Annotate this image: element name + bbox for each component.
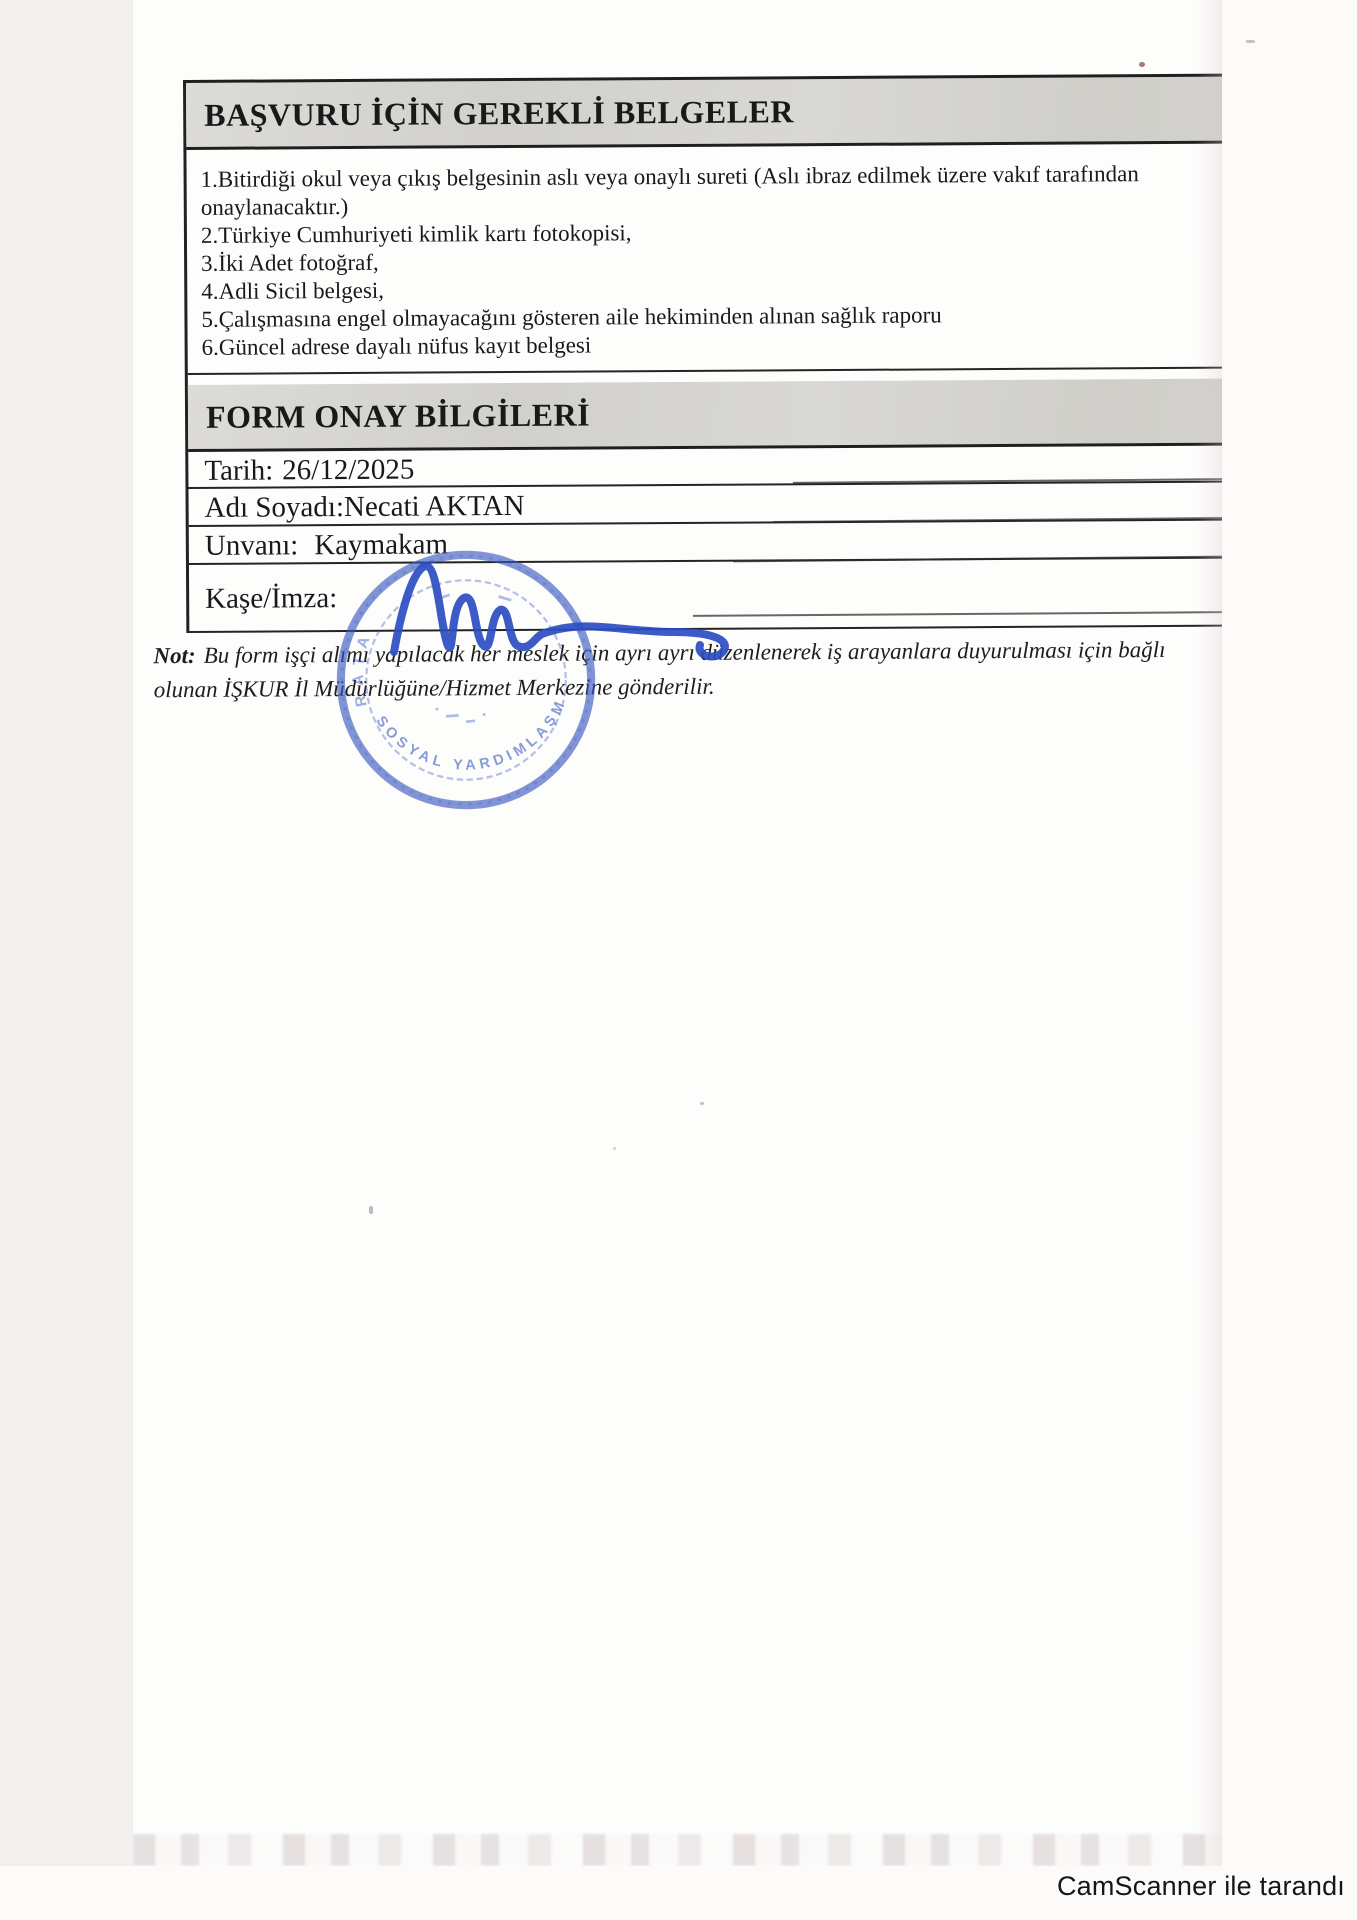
section-header-documents: BAŞVURU İÇİN GEREKLİ BELGELER: [186, 73, 1222, 150]
list-item: 6.Güncel adrese dayalı nüfus kayıt belge…: [202, 328, 1222, 362]
scan-speck: [700, 1102, 704, 1105]
scan-speck: [369, 1206, 373, 1214]
row-label: Unvanı:: [205, 529, 299, 562]
scan-speck: [1246, 40, 1255, 43]
section-title: BAŞVURU İÇİN GEREKLİ BELGELER: [204, 93, 794, 133]
row-label: Adı Soyadı:: [205, 491, 345, 524]
scanned-document: BAŞVURU İÇİN GEREKLİ BELGELER 1.Bitirdiğ…: [0, 0, 1357, 1920]
stamp-left-arc-text: RATA: [350, 626, 376, 708]
required-documents-list: 1.Bitirdiği okul veya çıkış belgesinin a…: [186, 143, 1222, 375]
footnote-label: Not:: [153, 643, 195, 668]
row-label: Tarih:: [204, 454, 273, 486]
scan-left-margin: [0, 0, 133, 1866]
row-value: 26/12/2025: [282, 454, 414, 487]
scan-bottom-shadow: [133, 1834, 1222, 1866]
row-label: Kaşe/İmza:: [205, 582, 337, 615]
svg-text:RATA: RATA: [350, 626, 376, 708]
scan-speck: [1139, 62, 1145, 67]
scan-speck: [613, 1147, 616, 1150]
section-title: FORM ONAY BİLGİLERİ: [206, 397, 590, 435]
row-value: Necati AKTAN: [344, 490, 525, 523]
camscanner-watermark: CamScanner ile tarandı: [1057, 1871, 1345, 1902]
row-date: Tarih:26/12/2025: [188, 445, 1222, 489]
section-header-approval: FORM ONAY BİLGİLERİ: [188, 378, 1222, 452]
scan-page: BAŞVURU İÇİN GEREKLİ BELGELER 1.Bitirdiğ…: [133, 0, 1222, 1866]
list-item: 1.Bitirdiği okul veya çıkış belgesinin a…: [201, 160, 1222, 222]
